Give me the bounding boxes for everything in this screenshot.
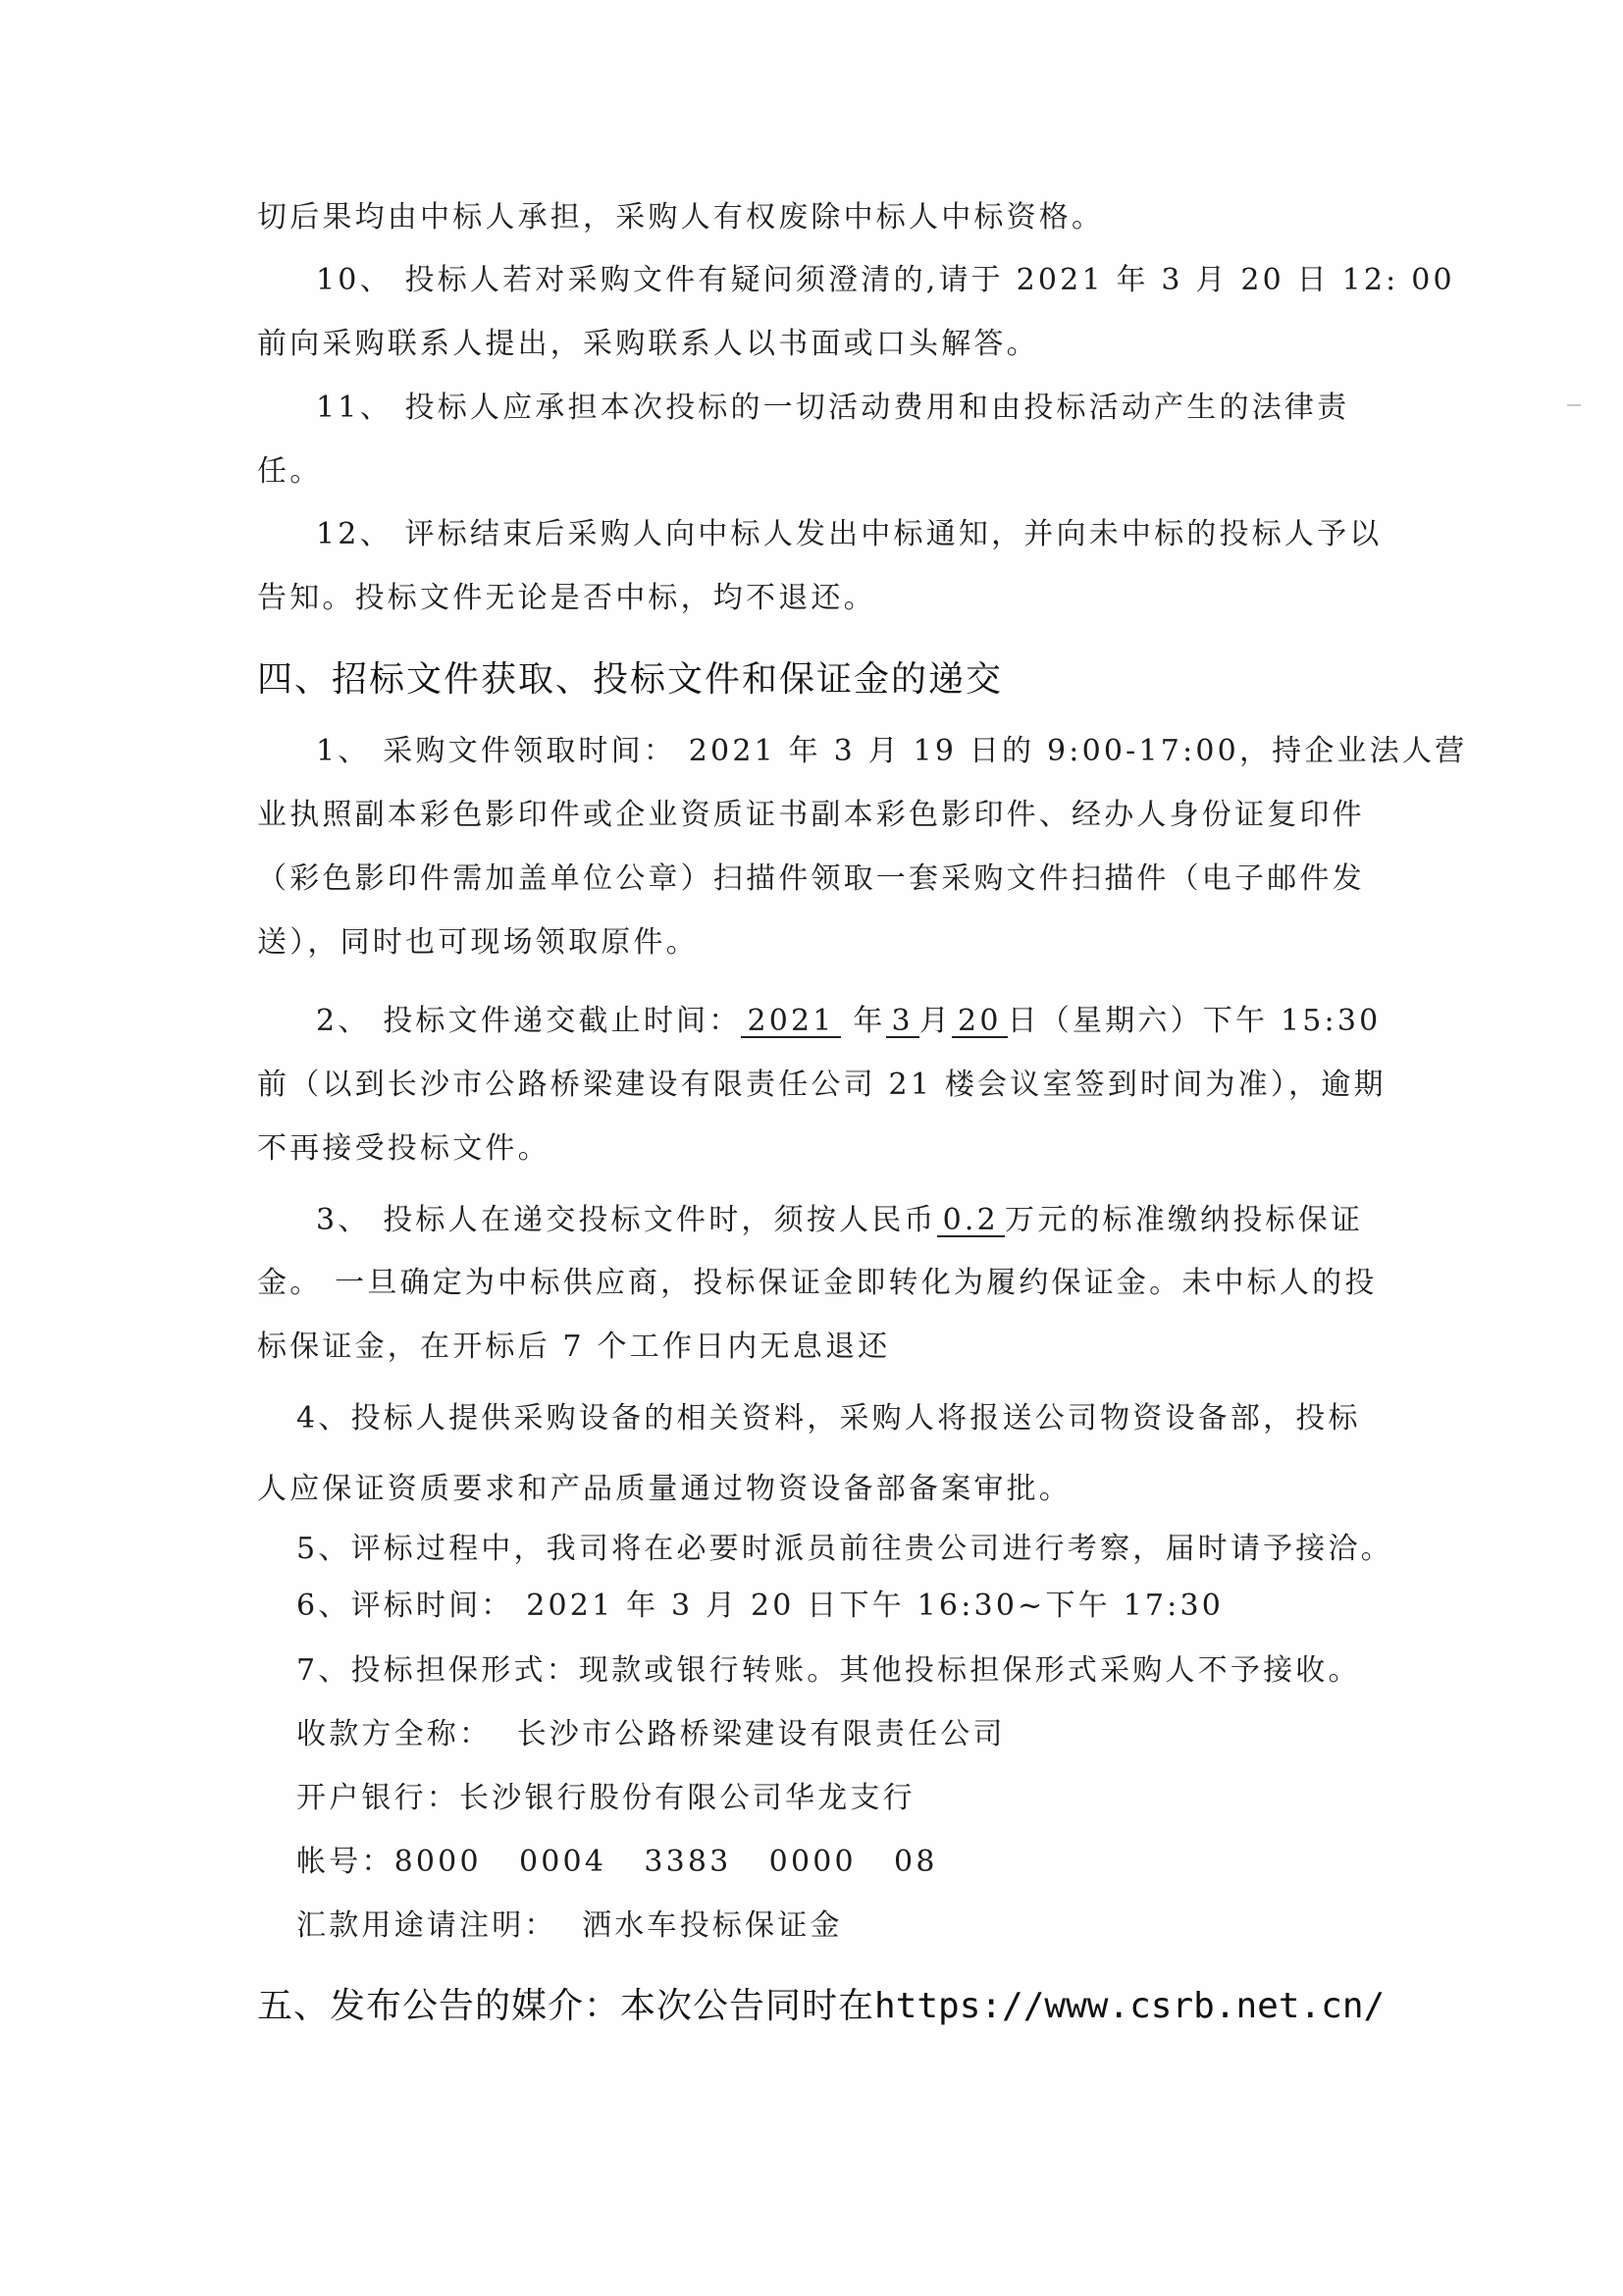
deadline-year: 2021 — [741, 1007, 840, 1038]
document-page: 切后果均由中标人承担，采购人有权废除中标人中标资格。 10、 投标人若对采购文件… — [0, 0, 1623, 2296]
publication-url: https://www.csrb.net.cn/ — [874, 1986, 1385, 2026]
item-10-line-1: 10、 投标人若对采购文件有疑问须澄清的,请于 2021 年 3 月 20 日 … — [316, 263, 1455, 298]
deadline-year-suffix: 年 — [841, 1004, 886, 1038]
deadline-suffix: 日（星期六）下午 15:30 — [1008, 1004, 1382, 1038]
s4-item-3-line-3: 标保证金，在开标后 7 个工作日内无息退还 — [257, 1330, 890, 1365]
s4-item-6: 6、评标时间： 2021 年 3 月 20 日下午 16:30~下午 17:30 — [296, 1589, 1224, 1624]
s4-item-2-line-1: 2、 投标文件递交截止时间：2021 年3月20日（星期六）下午 15:30 — [316, 1004, 1381, 1039]
s4-item-2-line-2: 前（以到长沙市公路桥梁建设有限责任公司 21 楼会议室签到时间为准），逾期 — [257, 1068, 1387, 1103]
s4-item-1-line-1: 1、 采购文件领取时间： 2021 年 3 月 19 日的 9:00-17:00… — [316, 734, 1467, 769]
payee-purpose-label: 汇款用途请注明： — [296, 1908, 557, 1943]
item-10-line-2: 前向采购联系人提出，采购联系人以书面或口头解答。 — [257, 327, 1039, 362]
deadline-month: 3 — [886, 1007, 919, 1038]
item-11-line-1: 11、 投标人应承担本次投标的一切活动费用和由投标活动产生的法律责 — [316, 391, 1349, 426]
payee-bank-row: 开户银行：长沙银行股份有限公司华龙支行 — [296, 1781, 916, 1816]
deposit-amount: 0.2 — [937, 1206, 1005, 1237]
payee-name-value: 长沙市公路桥梁建设有限责任公司 — [517, 1717, 1006, 1751]
payee-name-row: 收款方全称： 长沙市公路桥梁建设有限责任公司 — [296, 1717, 1006, 1752]
section-4-heading: 四、招标文件获取、投标文件和保证金的递交 — [257, 659, 1003, 701]
deposit-suffix: 万元的标准缴纳投标保证 — [1005, 1203, 1363, 1237]
payee-purpose-value: 洒水车投标保证金 — [582, 1908, 843, 1943]
deadline-prefix: 2、 投标文件递交截止时间： — [316, 1004, 741, 1038]
payee-purpose-row: 汇款用途请注明： 洒水车投标保证金 — [296, 1908, 843, 1944]
payee-account-row: 帐号：8000 0004 3383 0000 08 — [296, 1845, 938, 1880]
payee-account-value: 8000 0004 3383 0000 08 — [394, 1845, 938, 1879]
deadline-day: 20 — [952, 1007, 1008, 1038]
item-12-line-2: 告知。投标文件无论是否中标，均不退还。 — [257, 581, 876, 616]
s4-item-3-line-1: 3、 投标人在递交投标文件时，须按人民币0.2万元的标准缴纳投标保证 — [316, 1203, 1363, 1238]
deadline-month-suffix: 月 — [919, 1004, 952, 1038]
s4-item-4-line-2: 人应保证资质要求和产品质量通过物资设备部备案审批。 — [257, 1472, 1072, 1507]
s4-item-1-line-2: 业执照副本彩色影印件或企业资质证书副本彩色影印件、经办人身份证复印件 — [257, 798, 1365, 833]
s4-item-1-line-4: 送），同时也可现场领取原件。 — [257, 925, 699, 961]
s4-item-1-line-3: （彩色影印件需加盖单位公章）扫描件领取一套采购文件扫描件（电子邮件发 — [257, 861, 1365, 897]
payee-name-label: 收款方全称： — [296, 1717, 492, 1751]
s4-item-3-line-2: 金。 一旦确定为中标供应商，投标保证金即转化为履约保证金。未中标人的投 — [257, 1266, 1378, 1301]
item-11-line-2: 任。 — [257, 454, 322, 490]
section-5-heading: 五、发布公告的媒介：本次公告同时在https://www.csrb.net.cn… — [257, 1986, 1385, 2027]
paragraph-line: 切后果均由中标人承担，采购人有权废除中标人中标资格。 — [257, 200, 1104, 235]
scan-speck — [1567, 404, 1581, 406]
s4-item-5: 5、评标过程中，我司将在必要时派员前往贵公司进行考察，届时请予接洽。 — [296, 1532, 1393, 1567]
s4-item-4-line-1: 4、投标人提供采购设备的相关资料，采购人将报送公司物资设备部，投标 — [296, 1401, 1361, 1436]
item-12-line-1: 12、 评标结束后采购人向中标人发出中标通知，并向未中标的投标人予以 — [316, 517, 1383, 552]
deposit-prefix: 3、 投标人在递交投标文件时，须按人民币 — [316, 1203, 937, 1237]
s4-item-2-line-3: 不再接受投标文件。 — [257, 1131, 550, 1167]
payee-account-label: 帐号： — [296, 1845, 394, 1879]
payee-bank-label: 开户银行： — [296, 1781, 459, 1815]
s4-item-7: 7、投标担保形式：现款或银行转账。其他投标担保形式采购人不予接收。 — [296, 1653, 1361, 1689]
section-5-heading-text: 五、发布公告的媒介：本次公告同时在 — [257, 1986, 874, 2026]
payee-bank-value: 长沙银行股份有限公司华龙支行 — [459, 1781, 916, 1815]
